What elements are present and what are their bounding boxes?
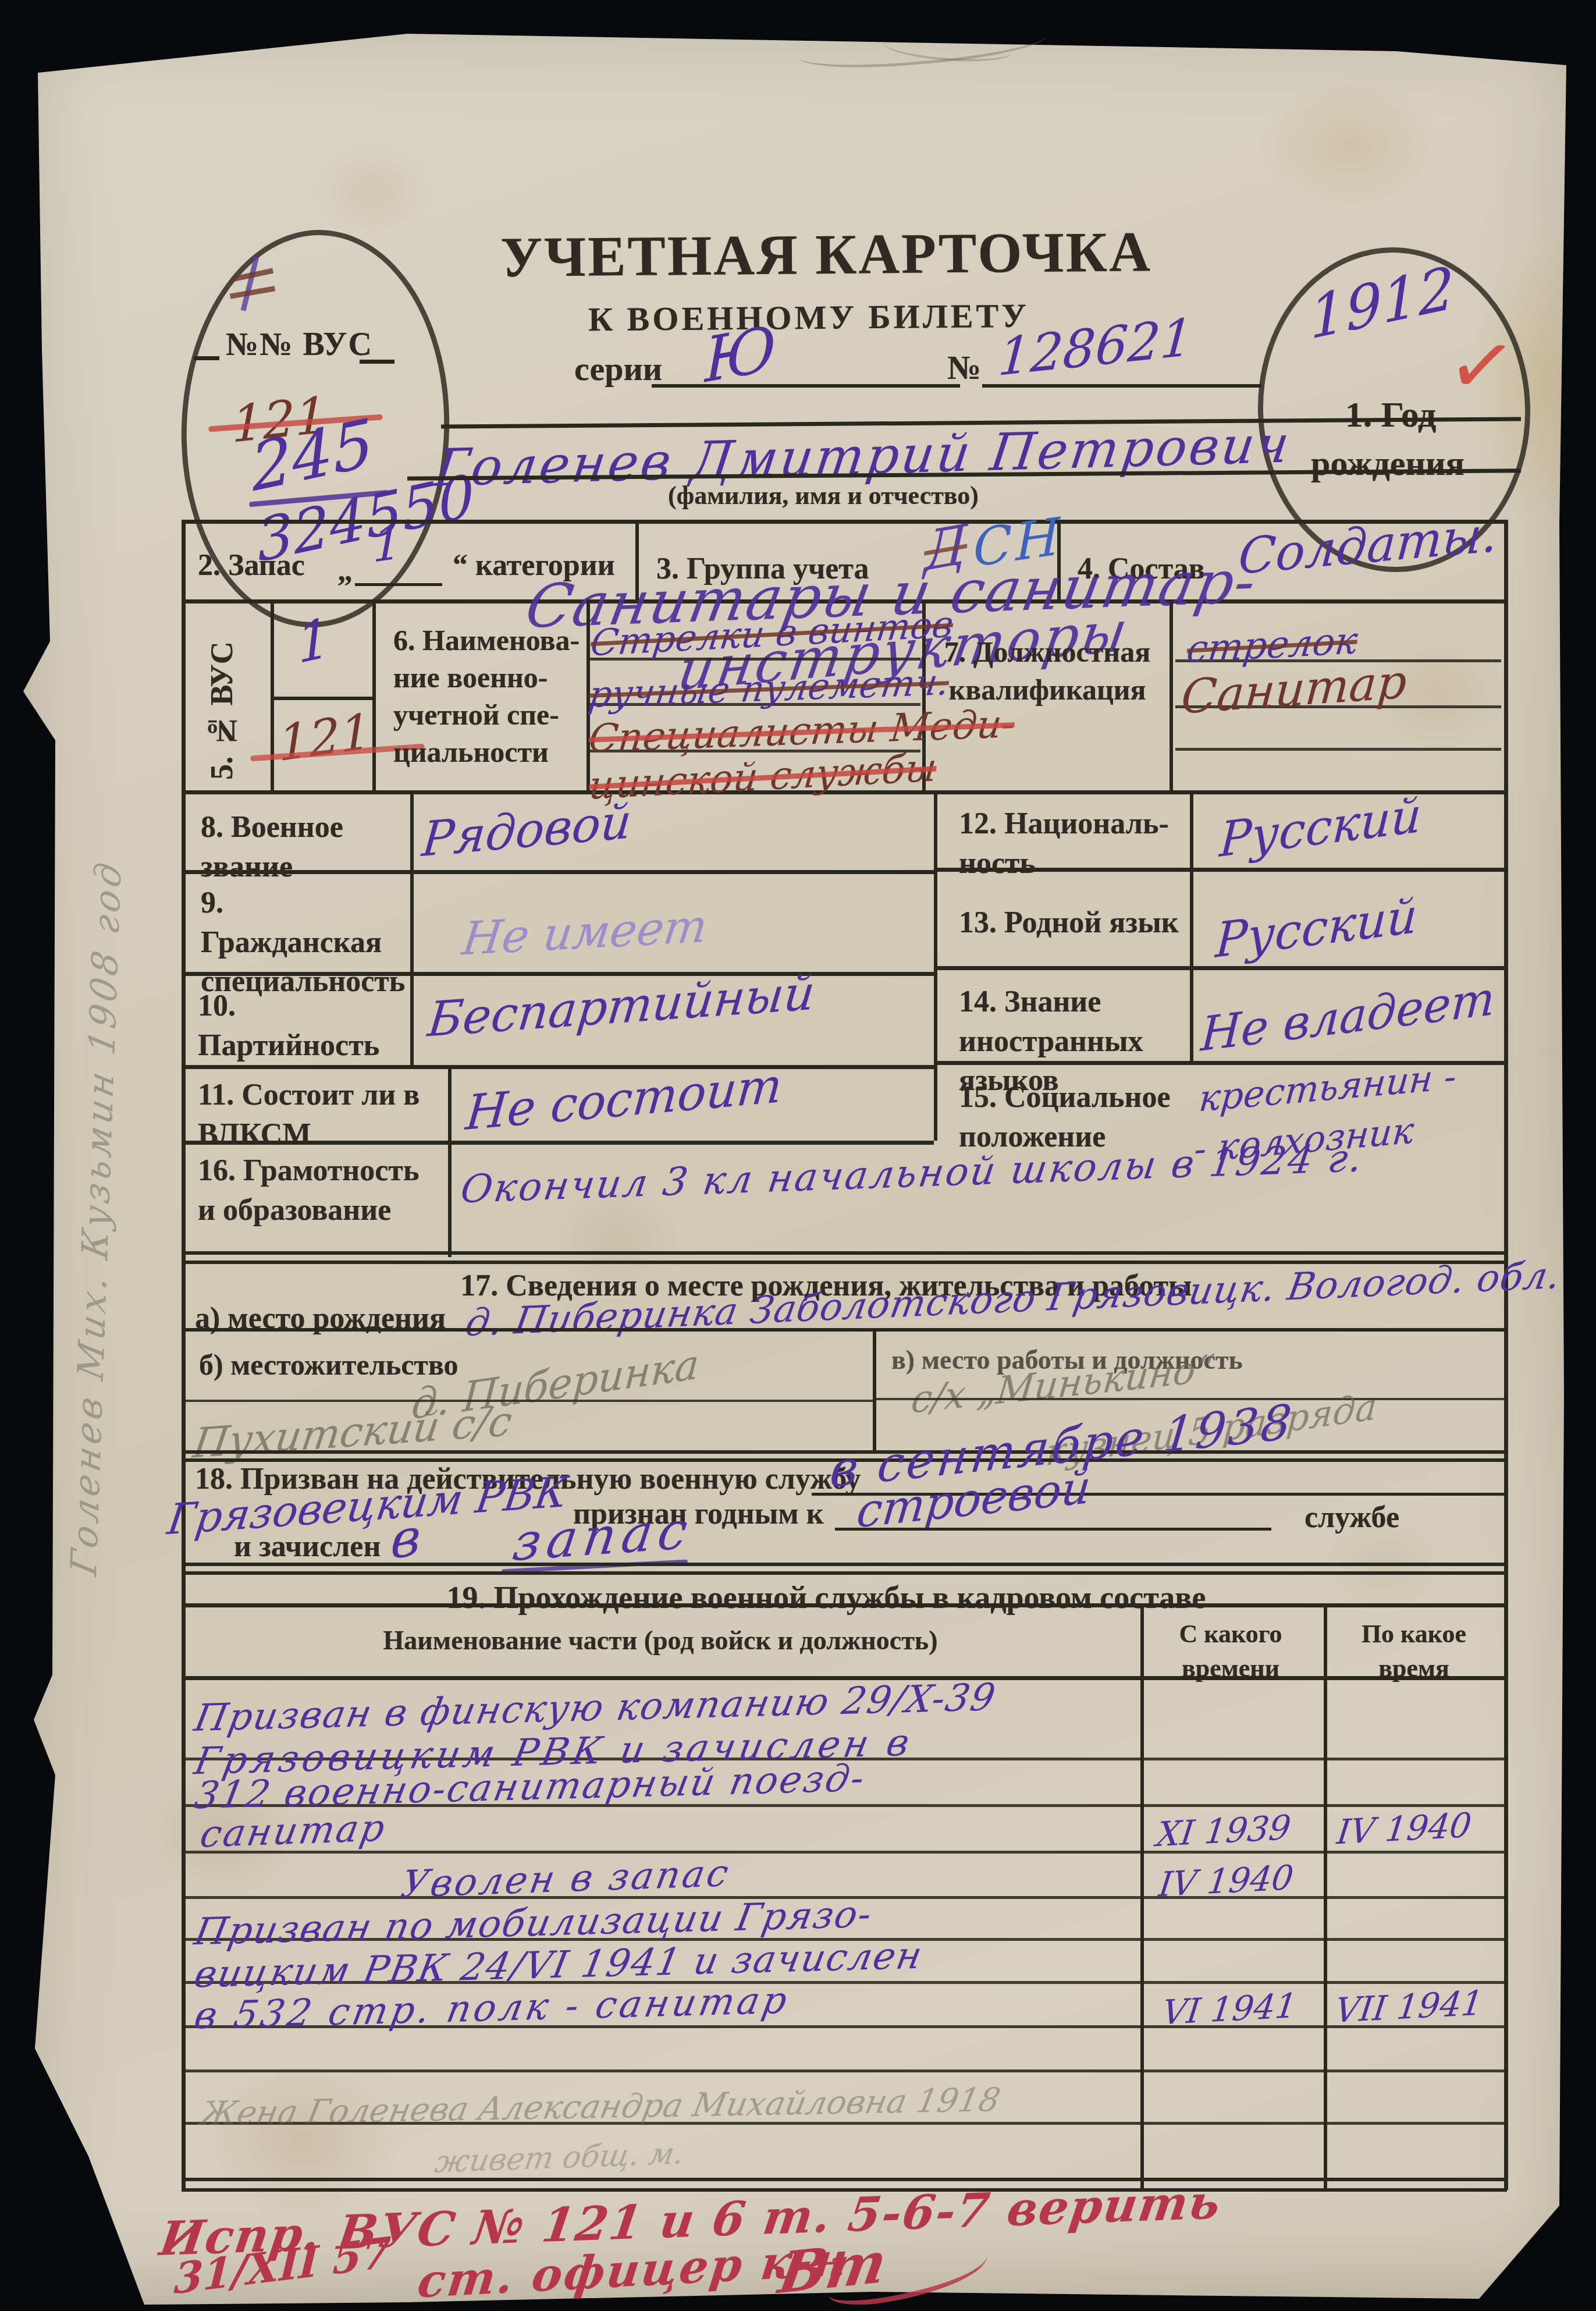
cell-line: [1175, 748, 1501, 751]
field8-label: 8. Военное звание: [201, 808, 393, 886]
field2-label: 2. Запас: [198, 548, 305, 583]
field2-underline: [355, 583, 442, 586]
double-line: [182, 1261, 1507, 1264]
field6-label: 6. Наименова­ние военно-учетной спе­циал…: [393, 622, 581, 771]
section19-title: 19. Прохождение военной службы в кадрово…: [326, 1579, 1327, 1616]
table-line: [182, 1065, 934, 1069]
double-line: [182, 1571, 1507, 1575]
double-line: [182, 2178, 1507, 2181]
field10-label: 10. Партийность: [198, 986, 372, 1065]
page-subtitle: К ВОЕННОМУ БИЛЕТУ: [559, 296, 1060, 339]
service-row-from: IV 1940: [1157, 1858, 1296, 1905]
section17b-label: б) местожительство: [199, 1348, 458, 1382]
number-underline: [982, 384, 1261, 388]
series-underline: [652, 384, 960, 388]
military-card-scan: №№ ВУС 121 245 324550 1912 ✓ 1. Год рожд…: [0, 0, 1596, 2311]
field16-label: 16. Грамотность и образование: [198, 1151, 442, 1230]
field13-label: 13. Родной язык: [959, 906, 1186, 940]
field7-label: 7. Должностная квалифика­ция: [937, 633, 1158, 709]
blank-line: [835, 1528, 1271, 1531]
col-from-header: С какого времени: [1149, 1617, 1312, 1686]
cell-line: [185, 1400, 873, 1402]
service-row-from: XI 1939: [1154, 1808, 1293, 1855]
field11-label: 11. Состоит ли в ВЛКСМ: [198, 1075, 442, 1154]
dash-decoration: [360, 360, 394, 364]
table-line: [1170, 599, 1173, 794]
table-line: [873, 1328, 876, 1453]
table-line: [182, 1328, 1507, 1332]
table-line: [1190, 790, 1193, 1061]
service-row-to: VII 1941: [1333, 1983, 1485, 2030]
dash-decoration: [194, 356, 219, 360]
col-to-header: По какое время: [1332, 1617, 1495, 1686]
table-line: [410, 790, 414, 1067]
field2-category-value: 1: [372, 514, 401, 573]
table-line: [448, 1065, 452, 1257]
section18-v: в: [389, 1506, 423, 1571]
table-line: [182, 1851, 1507, 1854]
service-row-from: VI 1941: [1160, 1986, 1299, 2033]
field12-label: 12. Националь­ность: [959, 804, 1180, 883]
field5-label: 5. № ВУС: [204, 617, 240, 780]
series-label: серии: [574, 349, 662, 388]
page-title: УЧЕТНАЯ КАРТОЧКА: [483, 219, 1170, 290]
col-unit-header: Наименованиe части (род войск и должност…: [326, 1625, 995, 1656]
name-caption: (фамилия, имя и отчество): [588, 481, 1059, 510]
birth-year-caption2: рождения: [1283, 443, 1492, 484]
table-border: [182, 1603, 1507, 1607]
double-line: [182, 1251, 1507, 1255]
section18-service-label: службе: [1304, 1500, 1399, 1535]
service-row-to: IV 1940: [1335, 1805, 1474, 1852]
section18-enrolled-label: и зачислен: [234, 1529, 381, 1564]
table-line: [182, 2069, 1507, 2072]
table-line: [934, 790, 937, 1141]
field5-divider: [271, 697, 376, 700]
field9-label: 9. Гражданская специальность: [201, 883, 393, 1002]
number-label: №: [947, 348, 981, 387]
field5-value: 1: [295, 606, 333, 676]
double-line: [182, 1563, 1507, 1566]
field2-quote: „: [337, 554, 353, 588]
birth-year-caption: 1. Год: [1286, 395, 1495, 436]
service-row-text: санитар: [197, 1806, 390, 1856]
cell-line: [876, 1398, 1505, 1400]
vus-stamp-label: №№ ВУС: [226, 326, 373, 363]
